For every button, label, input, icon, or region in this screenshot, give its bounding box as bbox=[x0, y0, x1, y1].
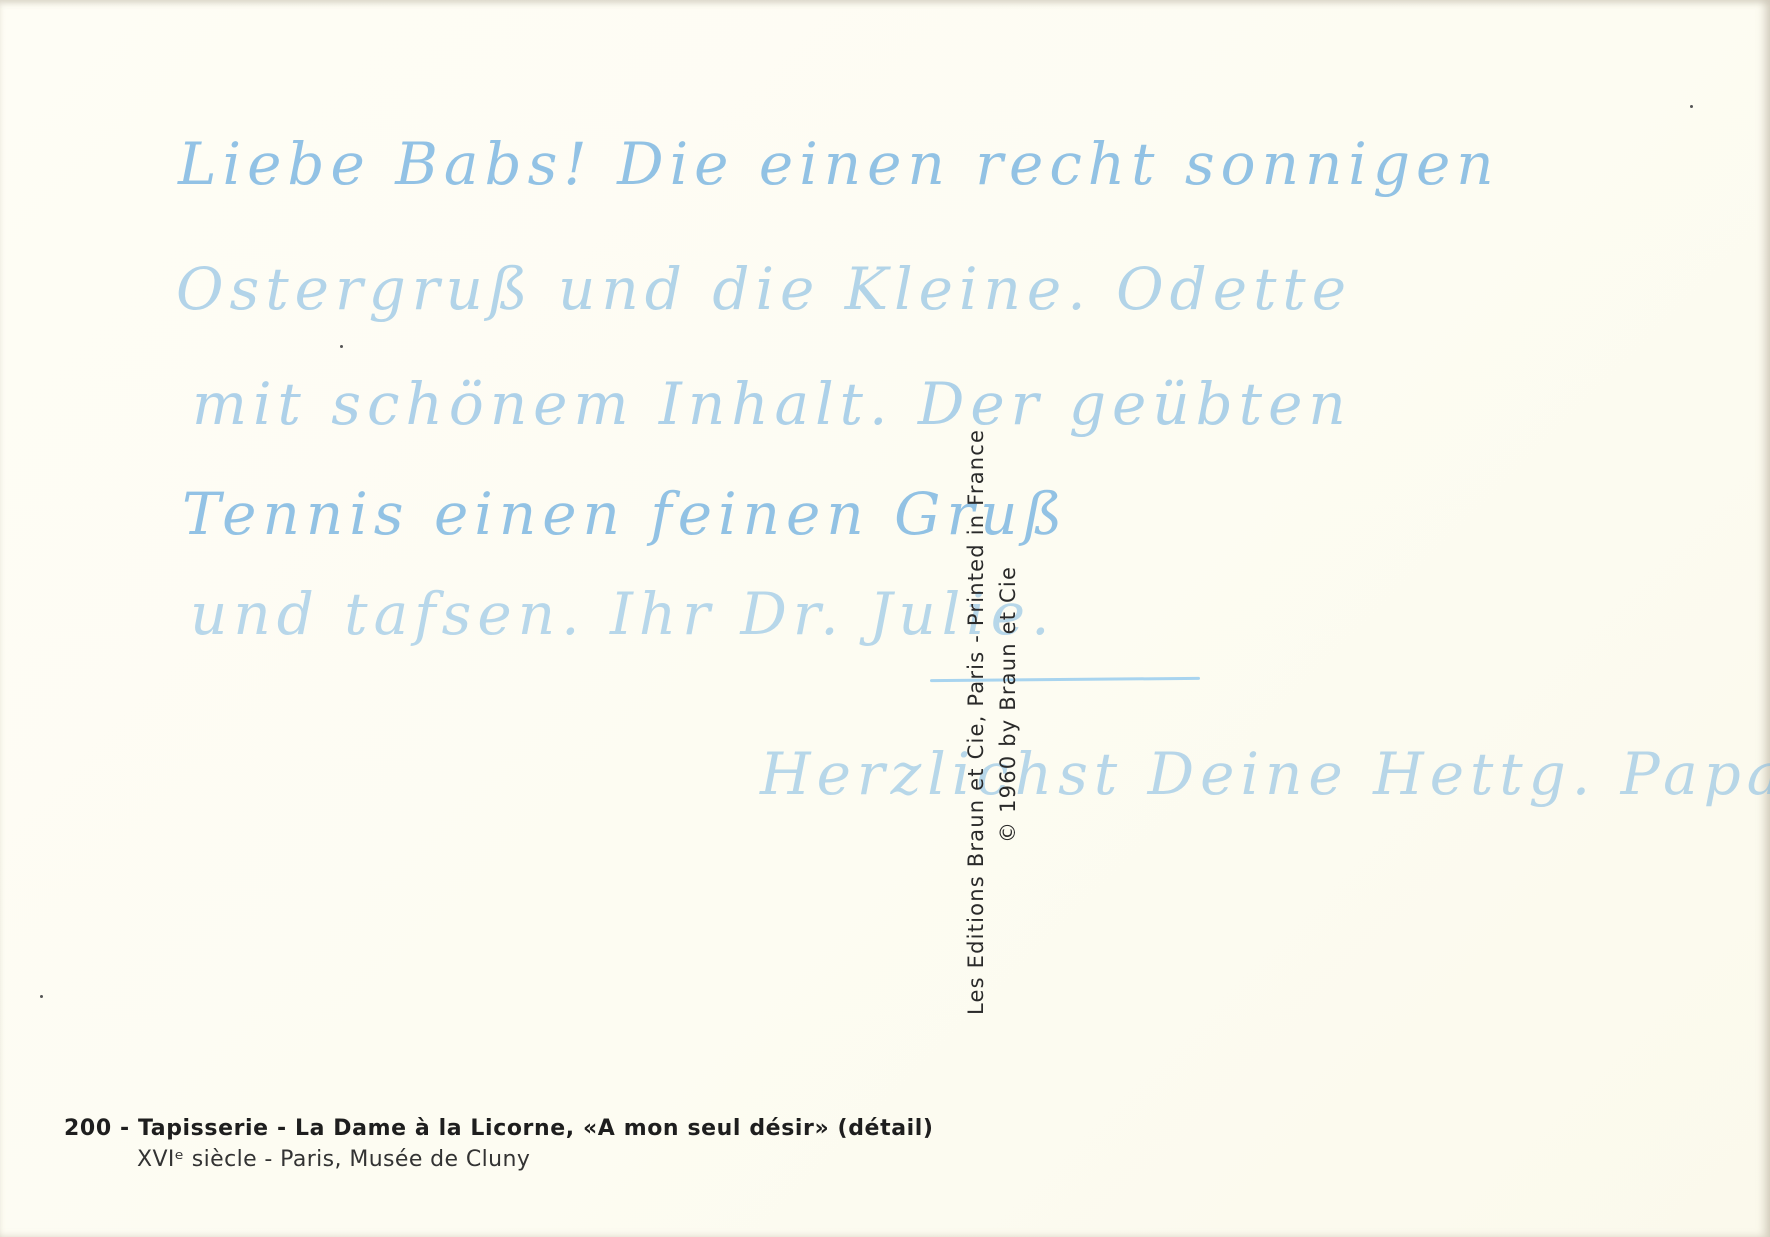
handwriting-line-2: Ostergruß und die Kleine. Odette bbox=[176, 255, 1352, 323]
paper-speck bbox=[40, 995, 43, 998]
publisher-imprint: Les Editions Braun et Cie, Paris - Print… bbox=[960, 429, 1024, 1015]
artwork-caption: 200 - Tapisserie - La Dame à la Licorne,… bbox=[64, 1116, 934, 1172]
handwriting-line-4: Tennis einen feinen Gruß bbox=[182, 480, 1068, 548]
handwriting-signature: Herzlichst Deine Hettg. Papa, bbox=[760, 740, 1770, 808]
publisher-line-1: Les Editions Braun et Cie, Paris - Print… bbox=[960, 429, 992, 1015]
paper-speck bbox=[1690, 105, 1693, 108]
publisher-copyright: © 1960 by Braun et Cie bbox=[992, 429, 1024, 1015]
caption-title: 200 - Tapisserie - La Dame à la Licorne,… bbox=[64, 1116, 934, 1141]
handwriting-line-5: und tafsen. Ihr Dr. Julie. bbox=[190, 580, 1056, 648]
postcard-back: Liebe Babs! Die einen recht sonnigen Ost… bbox=[0, 0, 1770, 1237]
paper-speck bbox=[340, 345, 343, 348]
caption-subtitle: XVIᵉ siècle - Paris, Musée de Cluny bbox=[137, 1147, 934, 1172]
handwriting-line-3: mit schönem Inhalt. Der geübten bbox=[192, 370, 1352, 438]
handwriting-line-1: Liebe Babs! Die einen recht sonnigen bbox=[178, 130, 1500, 198]
